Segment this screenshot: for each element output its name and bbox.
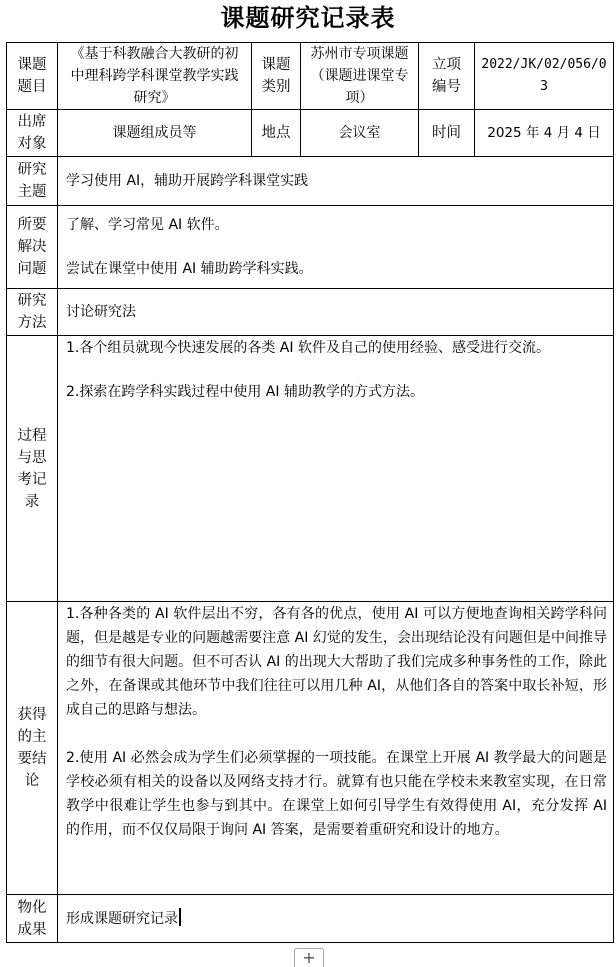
conclusions-label: 获得的主要结论: [7, 602, 58, 895]
plus-icon: +: [302, 948, 315, 966]
process-value[interactable]: 1.各个组员就现今快速发展的各类 AI 软件及自己的使用经验、感受进行交流。 2…: [58, 336, 614, 602]
research-record-table: 课题题目 《基于科教融合大教研的初中理科跨学科课堂教学实践研究》 课题类别 苏州…: [6, 42, 614, 943]
method-label: 研究方法: [7, 289, 58, 336]
location-label: 地点: [252, 110, 301, 157]
topic-label: 课题题目: [7, 43, 58, 110]
process-item: 1.各个组员就现今快速发展的各类 AI 软件及自己的使用经验、感受进行交流。: [66, 337, 607, 359]
table-row-process: 过程与思考记录 1.各个组员就现今快速发展的各类 AI 软件及自己的使用经验、感…: [7, 336, 614, 602]
table-row-topic: 课题题目 《基于科教融合大教研的初中理科跨学科课堂教学实践研究》 课题类别 苏州…: [7, 43, 614, 110]
location-value[interactable]: 会议室: [301, 110, 419, 157]
category-value[interactable]: 苏州市专项课题（课题进课堂专项）: [301, 43, 419, 110]
attendees-label: 出席对象: [7, 110, 58, 157]
category-label: 课题类别: [252, 43, 301, 110]
problem-item: 了解、学习常见 AI 软件。: [66, 214, 607, 236]
process-label: 过程与思考记录: [7, 336, 58, 602]
project-no-label: 立项编号: [419, 43, 475, 110]
outcome-value[interactable]: 形成课题研究记录: [58, 895, 614, 943]
table-row-problems: 所要解决问题 了解、学习常见 AI 软件。 尝试在课堂中使用 AI 辅助跨学科实…: [7, 206, 614, 289]
conclusion-item: 2.使用 AI 必然会成为学生们必须掌握的一项技能。在课堂上开展 AI 教学最大…: [66, 746, 607, 842]
table-row-attendees: 出席对象 课题组成员等 地点 会议室 时间 2025 年 4 月 4 日: [7, 110, 614, 157]
time-label: 时间: [419, 110, 475, 157]
method-value[interactable]: 讨论研究法: [58, 289, 614, 336]
project-no-value[interactable]: 2022/JK/02/056/03: [475, 43, 614, 110]
add-row-button[interactable]: +: [294, 948, 324, 966]
topic-value[interactable]: 《基于科教融合大教研的初中理科跨学科课堂教学实践研究》: [58, 43, 252, 110]
table-row-method: 研究方法 讨论研究法: [7, 289, 614, 336]
outcome-label: 物化成果: [7, 895, 58, 943]
research-theme-label: 研究主题: [7, 157, 58, 206]
conclusion-item: 1.各种各类的 AI 软件层出不穷，各有各的优点，使用 AI 可以方便地查询相关…: [66, 602, 607, 722]
table-row-outcome: 物化成果 形成课题研究记录: [7, 895, 614, 943]
outcome-text: 形成课题研究记录: [66, 911, 178, 927]
problems-value[interactable]: 了解、学习常见 AI 软件。 尝试在课堂中使用 AI 辅助跨学科实践。: [58, 206, 614, 289]
text-cursor: [179, 908, 181, 926]
document-title: 课题研究记录表: [0, 2, 616, 34]
problems-label: 所要解决问题: [7, 206, 58, 289]
process-item: 2.探索在跨学科实践过程中使用 AI 辅助教学的方式方法。: [66, 381, 607, 403]
table-row-research-theme: 研究主题 学习使用 AI，辅助开展跨学科课堂实践: [7, 157, 614, 206]
conclusions-value[interactable]: 1.各种各类的 AI 软件层出不穷，各有各的优点，使用 AI 可以方便地查询相关…: [58, 602, 614, 895]
problem-item: 尝试在课堂中使用 AI 辅助跨学科实践。: [66, 258, 607, 280]
table-row-conclusions: 获得的主要结论 1.各种各类的 AI 软件层出不穷，各有各的优点，使用 AI 可…: [7, 602, 614, 895]
time-value[interactable]: 2025 年 4 月 4 日: [475, 110, 614, 157]
attendees-value[interactable]: 课题组成员等: [58, 110, 252, 157]
research-theme-value[interactable]: 学习使用 AI，辅助开展跨学科课堂实践: [58, 157, 614, 206]
